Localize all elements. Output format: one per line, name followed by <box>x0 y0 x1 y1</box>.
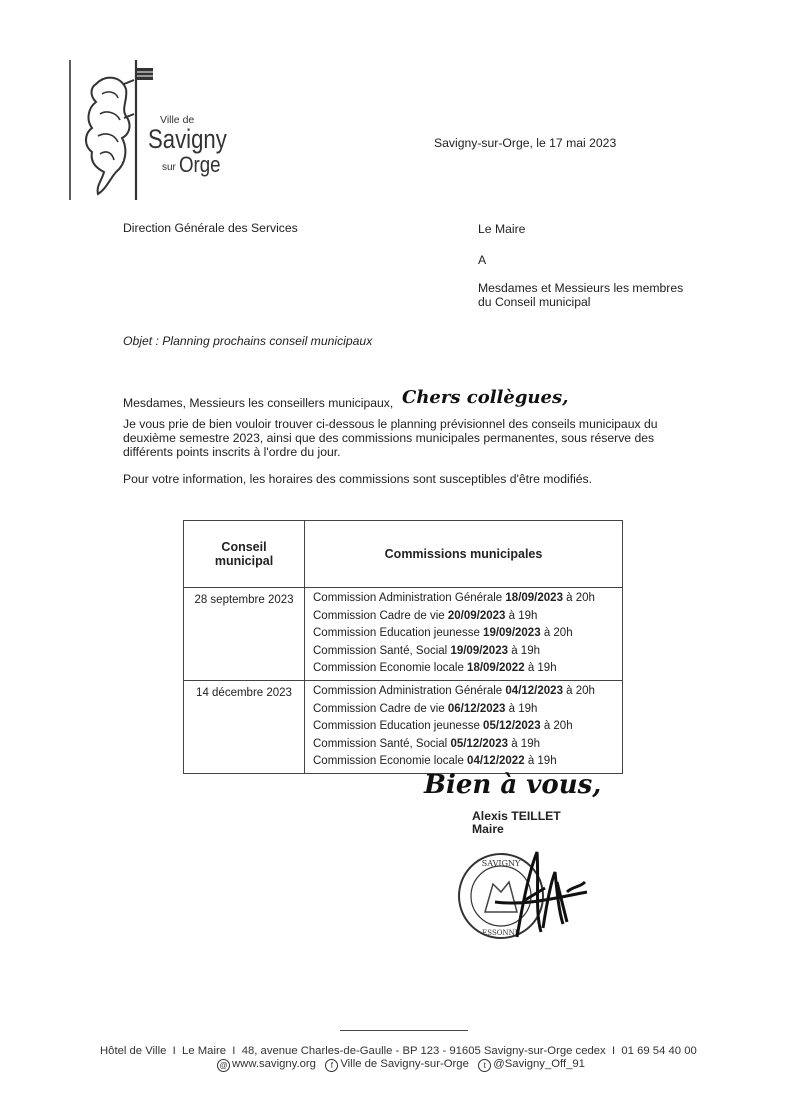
website-link[interactable]: www.savigny.org <box>232 1058 316 1070</box>
paragraph-1-line-1: Je vous prie de bien vouloir trouver ci-… <box>123 417 658 431</box>
header-commissions-municipales: Commissions municipales <box>305 521 623 588</box>
commission-date: 18/09/2023 <box>505 592 563 604</box>
commission-date: 19/09/2023 <box>483 627 541 639</box>
commission-item: Commission Cadre de vie 20/09/2023 à 19h <box>313 608 622 626</box>
facebook-link[interactable]: Ville de Savigny-sur-Orge <box>340 1058 469 1070</box>
conseil-date: 28 septembre 2023 <box>184 588 305 681</box>
commission-name: Commission Economie locale <box>313 755 464 767</box>
commission-name: Commission Cadre de vie <box>313 610 445 622</box>
commission-item: Commission Administration Générale 18/09… <box>313 590 622 608</box>
commission-date: 20/09/2023 <box>448 610 506 622</box>
commission-time: à 20h <box>544 720 573 732</box>
signatory-name: Alexis TEILLET <box>472 809 561 823</box>
commission-item: Commission Economie locale 18/09/2022 à … <box>313 660 622 678</box>
commission-time: à 20h <box>566 592 595 604</box>
svg-text:ESSONNE: ESSONNE <box>482 929 520 937</box>
paragraph-2: Pour votre information, les horaires des… <box>123 472 592 486</box>
twitter-link[interactable]: @Savigny_Off_91 <box>493 1058 585 1070</box>
header-conseil-municipal: Conseil municipal <box>184 521 305 588</box>
commission-item: Commission Santé, Social 19/09/2023 à 19… <box>313 643 622 661</box>
commission-name: Commission Administration Générale <box>313 592 502 604</box>
footer-divider <box>340 1030 468 1031</box>
svg-text:SAVIGNY: SAVIGNY <box>482 859 521 868</box>
paragraph-1-line-2: deuxième semestre 2023, ainsi que des co… <box>123 431 654 445</box>
commission-item: Commission Administration Générale 04/12… <box>313 683 622 701</box>
lion-rampant-icon <box>66 54 156 204</box>
from-le-maire: Le Maire <box>478 222 525 236</box>
commission-name: Commission Cadre de vie <box>313 703 445 715</box>
commission-time: à 19h <box>528 755 557 767</box>
commission-time: à 19h <box>509 610 538 622</box>
place-date: Savigny-sur-Orge, le 17 mai 2023 <box>434 136 616 150</box>
city-logo: Ville de Savigny sur Orge <box>66 54 236 204</box>
commission-item: Commission Economie locale 04/12/2022 à … <box>313 753 622 771</box>
commission-date: 05/12/2023 <box>483 720 541 732</box>
commission-item: Commission Cadre de vie 06/12/2023 à 19h <box>313 701 622 719</box>
paragraph-1-line-3: différents points inscrits à l'ordre du … <box>123 445 341 459</box>
signatory-title: Maire <box>472 822 504 836</box>
logo-orge: Orge <box>179 152 221 178</box>
commission-date: 19/09/2023 <box>450 645 508 657</box>
logo-sur: sur <box>162 162 176 173</box>
header-conseil-line-2: municipal <box>215 554 273 568</box>
commissions-cell: Commission Administration Générale 18/09… <box>305 588 623 681</box>
twitter-icon: t <box>478 1059 491 1072</box>
salutation: Mesdames, Messieurs les conseillers muni… <box>123 396 393 410</box>
header-conseil-line-1: Conseil <box>221 540 266 554</box>
footer-links: @www.savigny.org fVille de Savigny-sur-O… <box>217 1058 585 1072</box>
commission-time: à 19h <box>511 645 540 657</box>
commission-time: à 19h <box>509 703 538 715</box>
commission-time: à 19h <box>511 738 540 750</box>
commission-name: Commission Santé, Social <box>313 738 447 750</box>
commission-time: à 20h <box>566 685 595 697</box>
commission-name: Commission Administration Générale <box>313 685 502 697</box>
commission-date: 05/12/2023 <box>450 738 508 750</box>
official-stamp-icon: SAVIGNY ESSONNE <box>455 842 605 952</box>
recipient-line-2: du Conseil municipal <box>478 295 590 309</box>
handwritten-salutation: Chers collègues, <box>402 387 568 408</box>
to-prefix: A <box>478 253 486 267</box>
commission-item: Commission Santé, Social 05/12/2023 à 19… <box>313 736 622 754</box>
subject-line: Objet : Planning prochains conseil munic… <box>123 334 372 348</box>
facebook-icon: f <box>325 1059 338 1072</box>
table-row: 14 décembre 2023Commission Administratio… <box>184 680 623 773</box>
web-icon: @ <box>217 1059 230 1072</box>
commission-time: à 19h <box>528 662 557 674</box>
logo-savigny: Savigny <box>148 124 227 155</box>
commission-name: Commission Economie locale <box>313 662 464 674</box>
commission-date: 04/12/2023 <box>505 685 563 697</box>
commission-item: Commission Education jeunesse 19/09/2023… <box>313 625 622 643</box>
commission-item: Commission Education jeunesse 05/12/2023… <box>313 718 622 736</box>
footer-address: Hôtel de Ville I Le Maire I 48, avenue C… <box>100 1045 697 1057</box>
commissions-cell: Commission Administration Générale 04/12… <box>305 680 623 773</box>
commission-date: 04/12/2022 <box>467 755 525 767</box>
conseil-date: 14 décembre 2023 <box>184 680 305 773</box>
sender-department: Direction Générale des Services <box>123 221 298 235</box>
commission-date: 18/09/2022 <box>467 662 525 674</box>
handwritten-closing: Bien à vous, <box>424 770 601 800</box>
commission-name: Commission Education jeunesse <box>313 627 480 639</box>
table-row: 28 septembre 2023Commission Administrati… <box>184 588 623 681</box>
recipient-line-1: Mesdames et Messieurs les membres <box>478 281 683 295</box>
commission-date: 06/12/2023 <box>448 703 506 715</box>
planning-table: Conseil municipal Commissions municipale… <box>183 520 623 774</box>
commission-name: Commission Santé, Social <box>313 645 447 657</box>
commission-name: Commission Education jeunesse <box>313 720 480 732</box>
commission-time: à 20h <box>544 627 573 639</box>
